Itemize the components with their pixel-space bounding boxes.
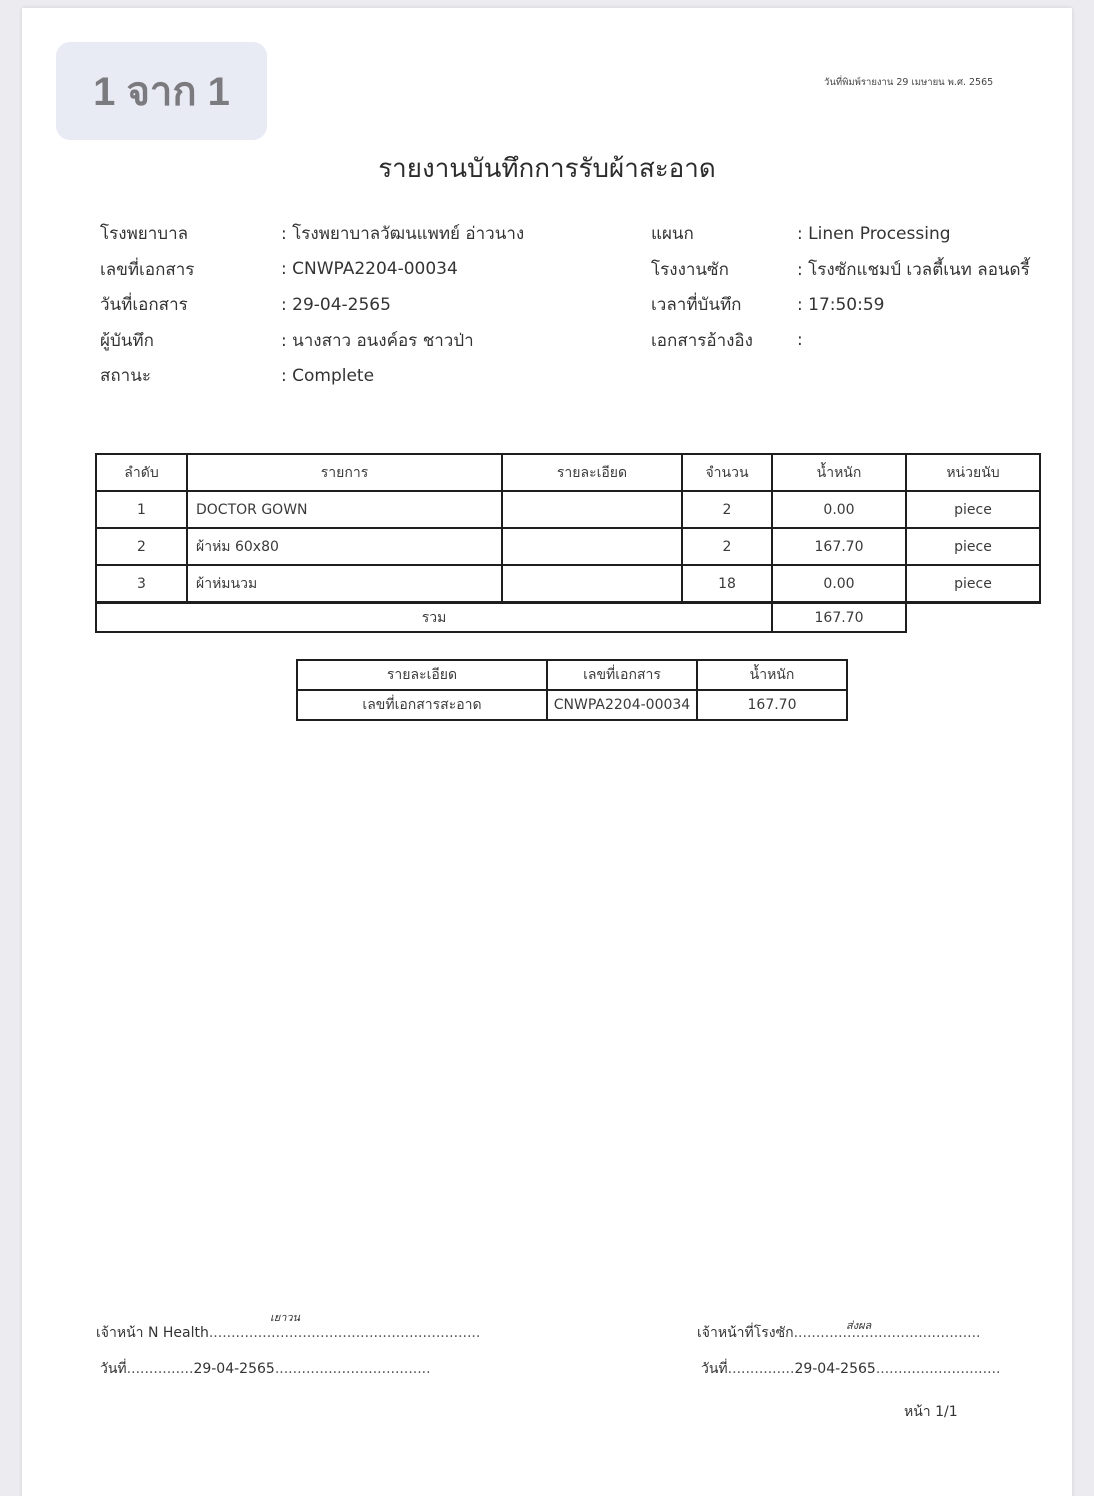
cell-no: 3 — [96, 565, 187, 603]
total-weight: 167.70 — [772, 603, 906, 633]
info-value: : 17:50:59 — [797, 295, 884, 315]
info-row-laundry: โรงงานซัก: โรงซักแชมป์ เวลตี้เนท ลอนดรี้ — [651, 252, 1030, 288]
table-header-row: ลำดับ รายการ รายละเอียด จำนวน น้ำหนัก หน… — [96, 454, 1040, 491]
cell-no: 2 — [96, 528, 187, 565]
info-row-status: สถานะ: Complete — [100, 358, 524, 394]
page-number: หน้า 1/1 — [904, 1401, 958, 1423]
info-row-doc-no: เลขที่เอกสาร: CNWPA2204-00034 — [100, 252, 524, 288]
cell-unit: piece — [906, 565, 1040, 603]
info-value: : 29-04-2565 — [281, 295, 391, 315]
info-label: วันที่เอกสาร — [100, 291, 281, 318]
cell-item: ผ้าห่มนวม — [187, 565, 502, 603]
summary-header-row: รายละเอียด เลขที่เอกสาร น้ำหนัก — [297, 660, 847, 690]
cell-weight: 0.00 — [772, 565, 906, 603]
date-label: วันที่ — [100, 1361, 127, 1377]
cell-item: ผ้าห่ม 60x80 — [187, 528, 502, 565]
col-header-unit: หน่วยนับ — [906, 454, 1040, 491]
status-value: : Complete — [281, 366, 374, 386]
sign-date: 29-04-2565 — [193, 1361, 274, 1377]
info-value: : — [797, 330, 803, 350]
info-row-department: แผนก: Linen Processing — [651, 216, 1030, 252]
dotted-line: ................................... — [275, 1361, 431, 1377]
info-row-doc-date: วันที่เอกสาร: 29-04-2565 — [100, 287, 524, 323]
table-row: 3 ผ้าห่มนวม 18 0.00 piece — [96, 565, 1040, 603]
cell-qty: 2 — [682, 528, 772, 565]
col-header-weight: น้ำหนัก — [697, 660, 847, 690]
info-value: : Linen Processing — [797, 224, 951, 244]
col-header-detail: รายละเอียด — [502, 454, 682, 491]
summary-table: รายละเอียด เลขที่เอกสาร น้ำหนัก เลขที่เอ… — [296, 659, 848, 721]
dotted-line: ............... — [728, 1361, 795, 1377]
table-total-row: รวม 167.70 — [96, 603, 1040, 633]
date-line: วันที่...............29-04-2565.........… — [100, 1358, 480, 1380]
info-row-hospital: โรงพยาบาล: โรงพยาบาลวัฒนแพทย์ อ่าวนาง — [100, 216, 524, 252]
empty-cell — [906, 603, 1040, 633]
info-label: ผู้บันทึก — [100, 327, 281, 354]
cell-qty: 18 — [682, 565, 772, 603]
dotted-line: ............................ — [876, 1361, 1001, 1377]
date-label: วันที่ — [701, 1361, 728, 1377]
info-row-recorder: ผู้บันทึก: นางสาว อนงค์อร ชาวป่า — [100, 323, 524, 359]
cell-detail — [502, 528, 682, 565]
signature-block-left: เจ้าหน้า N Health.......................… — [96, 1322, 480, 1380]
col-header-no: ลำดับ — [96, 454, 187, 491]
date-line: วันที่...............29-04-2565.........… — [701, 1358, 1000, 1380]
dotted-line: ............... — [127, 1361, 194, 1377]
info-row-record-time: เวลาที่บันทึก: 17:50:59 — [651, 287, 1030, 323]
signer-label: เจ้าหน้าที่โรงซัก — [697, 1325, 794, 1341]
info-label: โรงพยาบาล — [100, 220, 281, 247]
signature-block-right: เจ้าหน้าที่โรงซัก.......................… — [697, 1322, 1000, 1380]
table-row: เลขที่เอกสารสะอาด CNWPA2204-00034 167.70 — [297, 690, 847, 720]
cell-unit: piece — [906, 491, 1040, 528]
info-value: : CNWPA2204-00034 — [281, 259, 458, 279]
cell-weight: 167.70 — [772, 528, 906, 565]
cell-item: DOCTOR GOWN — [187, 491, 502, 528]
cell-detail — [502, 565, 682, 603]
info-label: เวลาที่บันทึก — [651, 291, 797, 318]
info-value: : โรงพยาบาลวัฒนแพทย์ อ่าวนาง — [281, 220, 524, 247]
sign-date: 29-04-2565 — [794, 1361, 875, 1377]
signer-label: เจ้าหน้า N Health — [96, 1325, 209, 1341]
cell-detail: เลขที่เอกสารสะอาด — [297, 690, 547, 720]
cell-doc-no: CNWPA2204-00034 — [547, 690, 697, 720]
cell-detail — [502, 491, 682, 528]
dotted-line: ........................................… — [209, 1325, 480, 1341]
report-title: รายงานบันทึกการรับผ้าสะอาด — [0, 148, 1094, 189]
info-label: โรงงานซัก — [651, 256, 797, 283]
page-counter-badge: 1 จาก 1 — [56, 42, 267, 140]
info-value: : โรงซักแชมป์ เวลตี้เนท ลอนดรี้ — [797, 256, 1030, 283]
info-label: แผนก — [651, 220, 797, 247]
dotted-line: ........................................… — [794, 1325, 981, 1341]
info-label: เอกสารอ้างอิง — [651, 327, 797, 354]
info-label: สถานะ — [100, 362, 281, 389]
cell-unit: piece — [906, 528, 1040, 565]
col-header-doc-no: เลขที่เอกสาร — [547, 660, 697, 690]
col-header-item: รายการ — [187, 454, 502, 491]
col-header-qty: จำนวน — [682, 454, 772, 491]
info-label: เลขที่เอกสาร — [100, 256, 281, 283]
cell-weight: 167.70 — [697, 690, 847, 720]
table-row: 2 ผ้าห่ม 60x80 2 167.70 piece — [96, 528, 1040, 565]
info-right-block: แผนก: Linen Processing โรงงานซัก: โรงซัก… — [651, 216, 1030, 358]
signature-line: เจ้าหน้าที่โรงซัก.......................… — [697, 1322, 1000, 1344]
print-date: วันที่พิมพ์รายงาน 29 เมษายน พ.ศ. 2565 — [824, 75, 993, 90]
info-row-reference: เอกสารอ้างอิง: — [651, 323, 1030, 359]
table-row: 1 DOCTOR GOWN 2 0.00 piece — [96, 491, 1040, 528]
items-table: ลำดับ รายการ รายละเอียด จำนวน น้ำหนัก หน… — [95, 453, 1041, 633]
info-left-block: โรงพยาบาล: โรงพยาบาลวัฒนแพทย์ อ่าวนาง เล… — [100, 216, 524, 394]
cell-weight: 0.00 — [772, 491, 906, 528]
total-label: รวม — [96, 603, 772, 633]
info-value: : นางสาว อนงค์อร ชาวป่า — [281, 327, 474, 354]
col-header-detail: รายละเอียด — [297, 660, 547, 690]
cell-qty: 2 — [682, 491, 772, 528]
signature-line: เจ้าหน้า N Health.......................… — [96, 1322, 480, 1344]
col-header-weight: น้ำหนัก — [772, 454, 906, 491]
cell-no: 1 — [96, 491, 187, 528]
